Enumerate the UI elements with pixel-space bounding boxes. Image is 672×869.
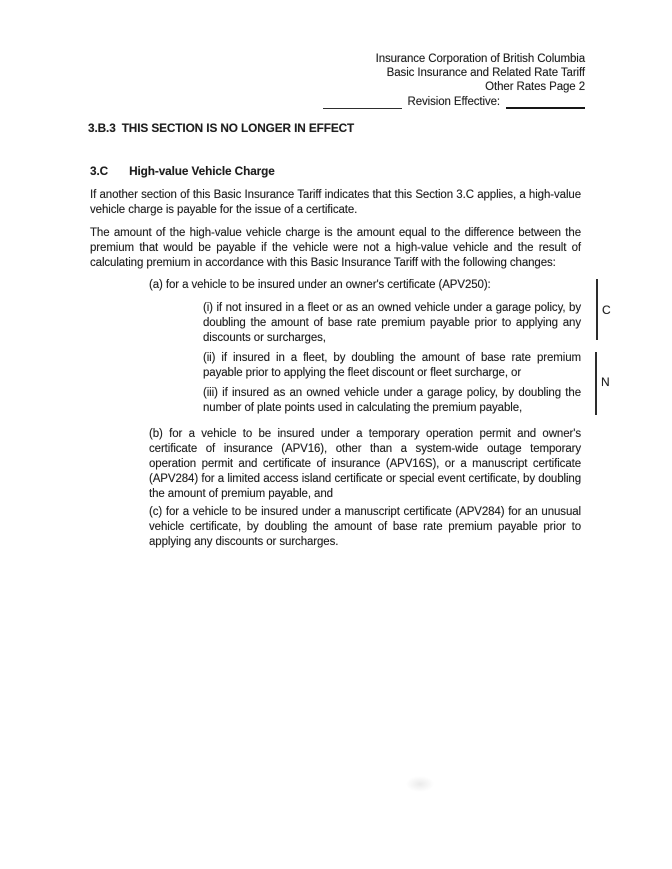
sub-item-i: (i) if not insured in a fleet or as an o… (203, 301, 581, 346)
list-item-b: (b) for a vehicle to be insured under a … (149, 427, 581, 502)
section-3c-number: 3.C (90, 164, 108, 178)
paragraph-amount: The amount of the high-value vehicle cha… (90, 226, 581, 271)
sub-item-ii: (ii) if insured in a fleet, by doubling … (203, 351, 581, 381)
section-3b3-title: THIS SECTION IS NO LONGER IN EFFECT (122, 121, 354, 135)
list-item-a: (a) for a vehicle to be insured under an… (149, 278, 581, 293)
change-marker-n: N (595, 352, 615, 415)
header-org-name: Insurance Corporation of British Columbi… (323, 52, 586, 66)
revision-blank-line-right (506, 97, 585, 109)
section-3b3-number: 3.B.3 (88, 121, 116, 135)
section-3b3-heading: 3.B.3 THIS SECTION IS NO LONGER IN EFFEC… (88, 121, 354, 135)
header-page-ref: Other Rates Page 2 (323, 80, 586, 94)
change-bar-line (595, 352, 597, 415)
sub-item-iii: (iii) if insured as an owned vehicle und… (203, 386, 581, 416)
header-doc-title: Basic Insurance and Related Rate Tariff (323, 66, 586, 80)
paragraph-intro: If another section of this Basic Insuran… (90, 188, 581, 218)
change-marker-c: C (596, 279, 616, 340)
section-3c-title: High-value Vehicle Charge (129, 164, 275, 178)
revision-effective-label: Revision Effective: (408, 95, 501, 109)
document-header: Insurance Corporation of British Columbi… (323, 52, 586, 109)
scan-smudge (406, 776, 434, 792)
revision-blank-line-left (323, 97, 402, 109)
document-page: Insurance Corporation of British Columbi… (0, 0, 672, 869)
section-3c-heading: 3.C High-value Vehicle Charge (90, 164, 275, 178)
change-bar-line (596, 279, 598, 340)
change-marker-letter-n: N (601, 375, 610, 389)
change-marker-letter-c: C (602, 303, 611, 317)
list-item-c: (c) for a vehicle to be insured under a … (149, 505, 581, 550)
revision-effective-row: Revision Effective: (323, 94, 586, 109)
